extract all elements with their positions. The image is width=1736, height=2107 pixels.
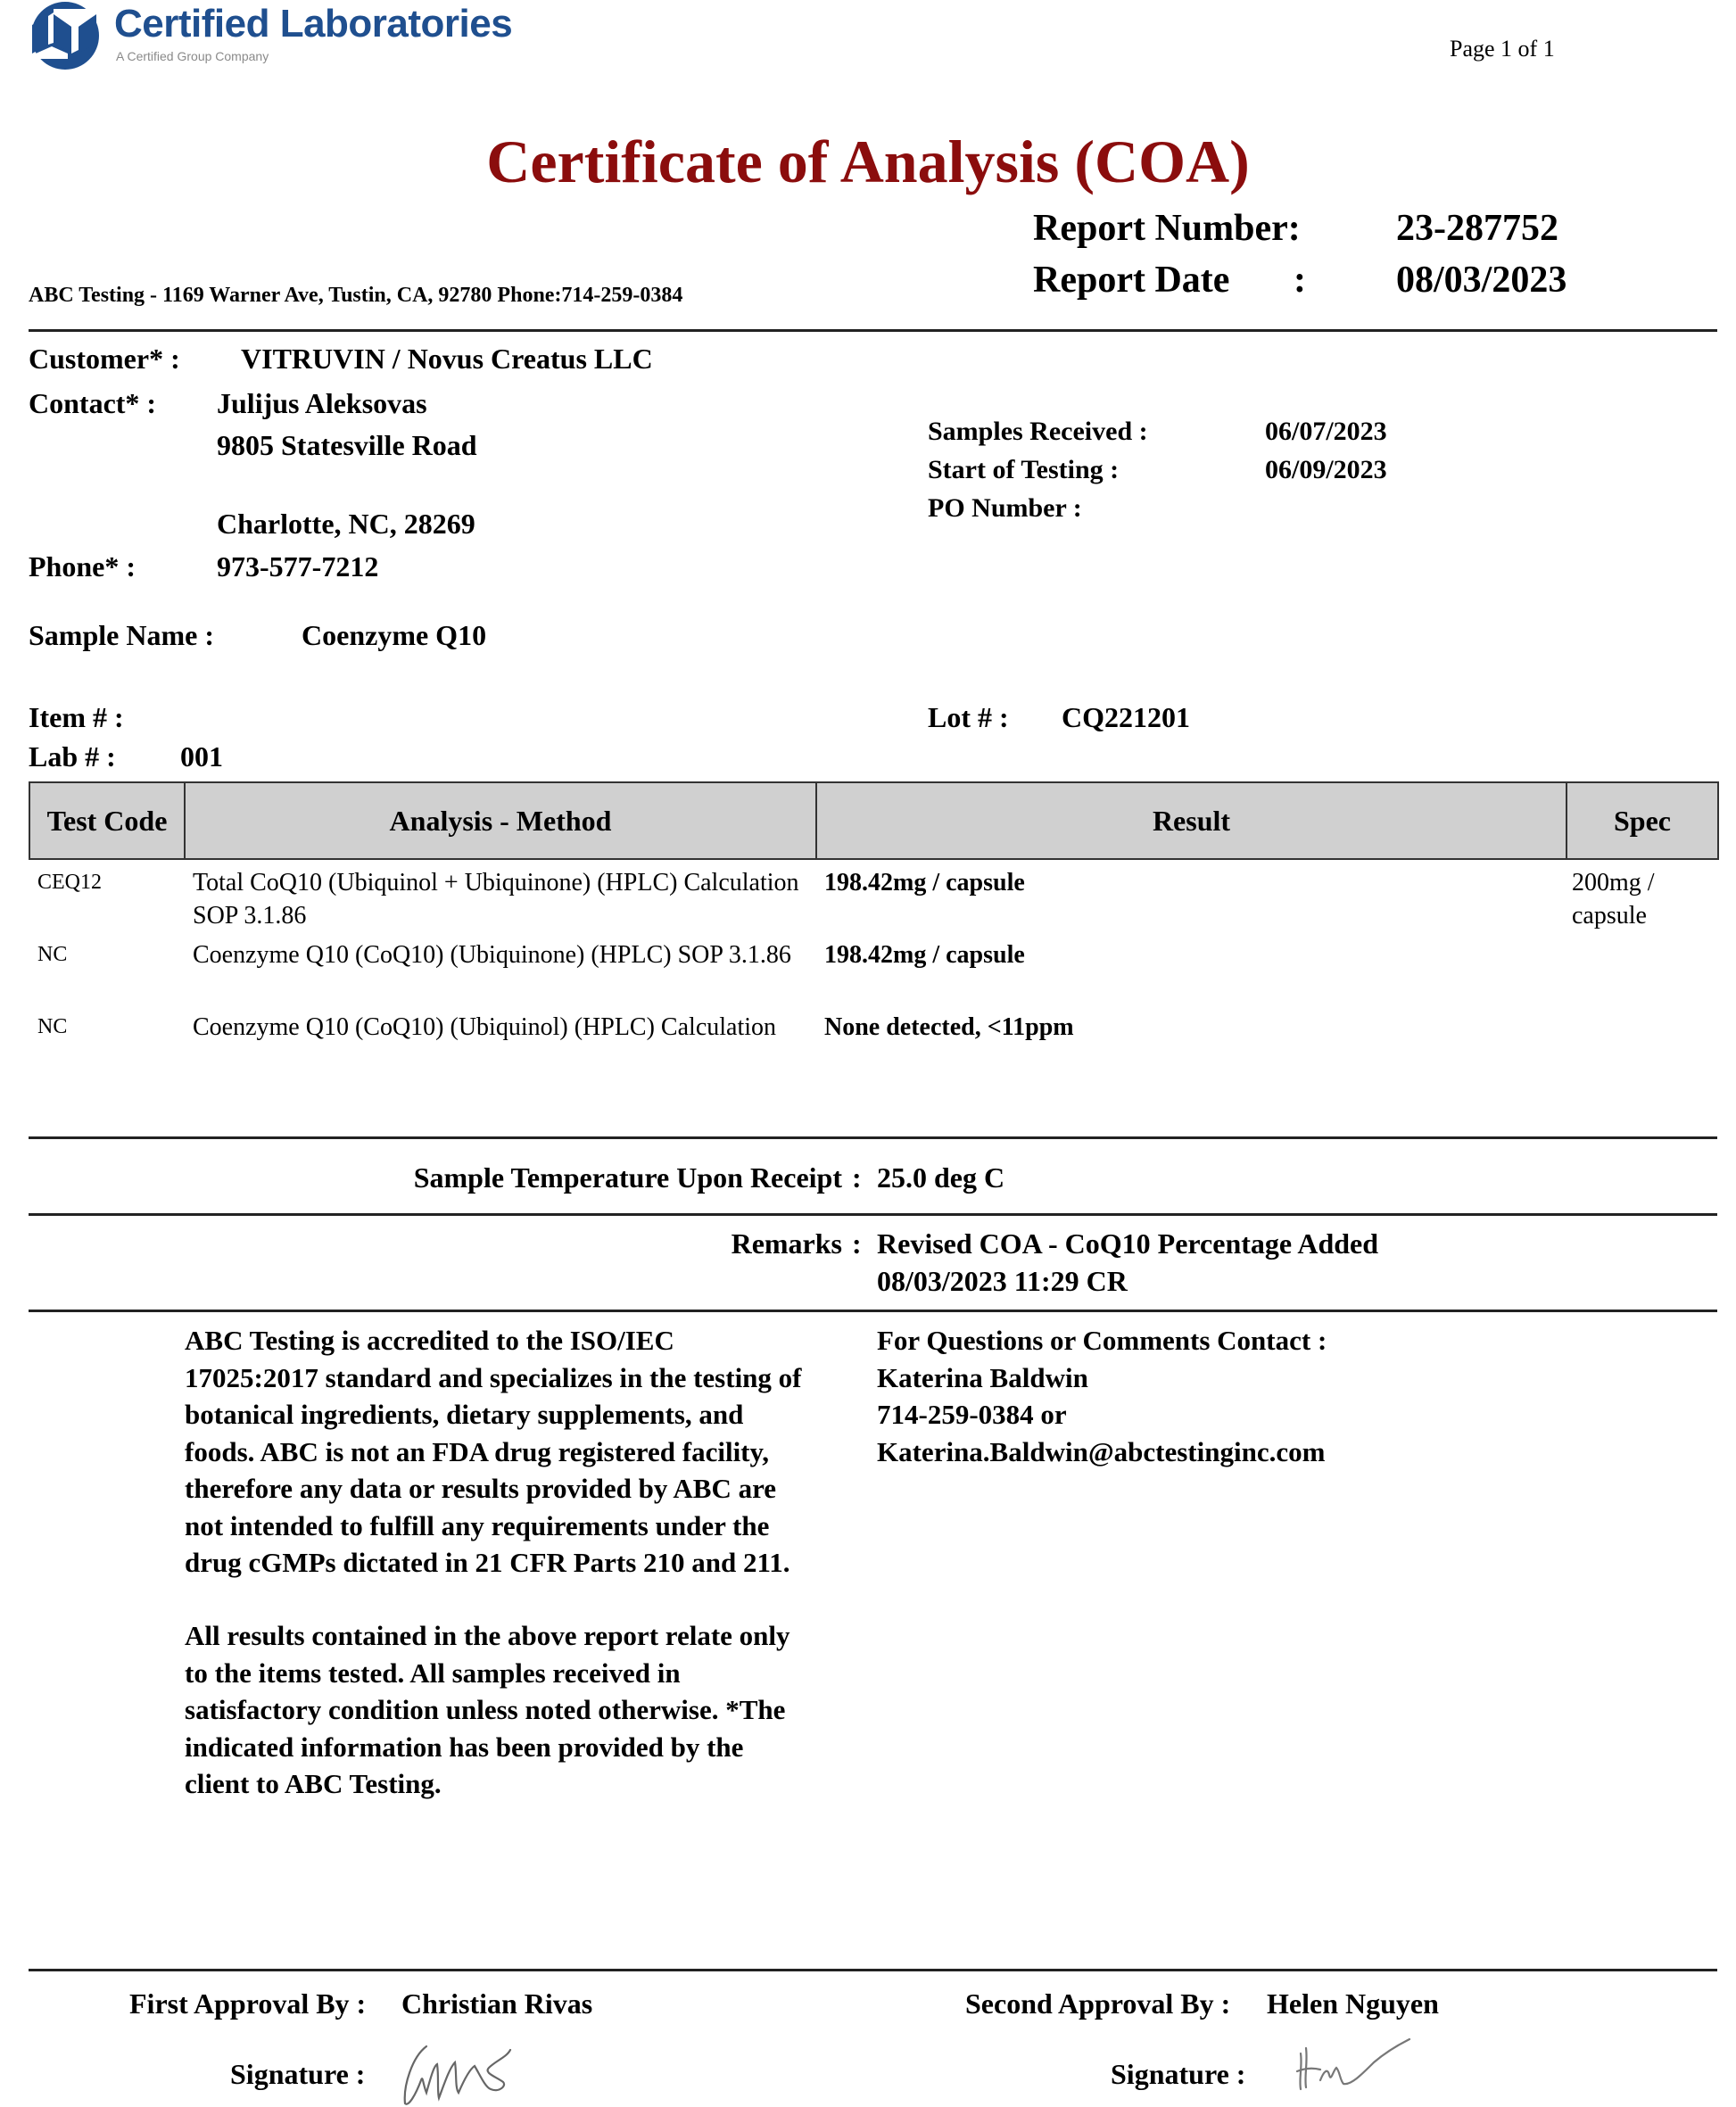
results-statement-line: satisfactory condition unless noted othe…	[185, 1691, 790, 1729]
brand-name: Certified Laboratories	[114, 2, 512, 46]
samples-received-value: 06/07/2023	[1265, 417, 1387, 447]
samples-received-label: Samples Received :	[928, 417, 1148, 447]
contact-email-link[interactable]: Katerina.Baldwin@abctestinginc.com	[877, 1434, 1327, 1471]
accreditation-line: foods. ABC is not an FDA drug registered…	[185, 1434, 802, 1471]
row-2-method: Coenzyme Q10 (CoQ10) (Ubiquinone) (HPLC)…	[193, 938, 817, 971]
contact-info-block: For Questions or Comments Contact : Kate…	[877, 1322, 1327, 1470]
item-number-label: Item # :	[29, 701, 124, 734]
customer-label: Customer* :	[29, 343, 180, 376]
lot-number-label: Lot # :	[928, 701, 1009, 734]
first-approval-label: First Approval By :	[129, 1987, 366, 2020]
results-statement-line: to the items tested. All samples receive…	[185, 1655, 790, 1692]
lab-address: ABC Testing - 1169 Warner Ave, Tustin, C…	[29, 284, 682, 308]
remarks-divider	[29, 1310, 1717, 1312]
row-1-result: 198.42mg / capsule	[824, 866, 1538, 899]
contact-address-line2: Charlotte, NC, 28269	[217, 508, 475, 541]
header-divider	[29, 329, 1717, 332]
column-header-spec: Spec	[1567, 783, 1717, 858]
first-signature-icon	[400, 2041, 560, 2107]
document-title: Certificate of Analysis (COA)	[0, 127, 1736, 197]
remarks-colon: :	[852, 1227, 862, 1260]
accreditation-line: 17025:2017 standard and specializes in t…	[185, 1359, 802, 1397]
lab-number-label: Lab # :	[29, 740, 116, 773]
second-signature-icon	[1294, 2036, 1427, 2098]
accreditation-line: drug cGMPs dictated in 21 CFR Parts 210 …	[185, 1544, 802, 1582]
report-date-colon: :	[1294, 259, 1306, 302]
row-3-result: None detected, <11ppm	[824, 1011, 1538, 1044]
row-3-test-code: NC	[37, 1011, 180, 1044]
contact-address-line1: 9805 Statesville Road	[217, 429, 477, 462]
results-statement-line: indicated information has been provided …	[185, 1729, 790, 1766]
po-number-label: PO Number :	[928, 493, 1082, 524]
second-approval-label: Second Approval By :	[965, 1987, 1230, 2020]
page-indicator: Page 1 of 1	[1450, 36, 1555, 62]
second-approval-name: Helen Nguyen	[1267, 1987, 1439, 2020]
remarks-line1: Revised COA - CoQ10 Percentage Added	[877, 1227, 1378, 1260]
row-1-spec: 200mg / capsule	[1572, 866, 1706, 932]
results-table-header: Test Code Analysis - Method Result Spec	[29, 781, 1719, 860]
certified-laboratories-logo-icon	[27, 0, 103, 71]
table-bottom-divider	[29, 1136, 1717, 1139]
accreditation-statement: ABC Testing is accredited to the ISO/IEC…	[185, 1322, 802, 1582]
accreditation-line: not intended to fulfill any requirements…	[185, 1508, 802, 1545]
report-number-label: Report Number:	[1033, 207, 1301, 250]
contact-heading: For Questions or Comments Contact :	[877, 1322, 1327, 1359]
results-statement: All results contained in the above repor…	[185, 1617, 790, 1803]
remarks-line2: 08/03/2023 11:29 CR	[877, 1265, 1128, 1298]
customer-value: VITRUVIN / Novus Creatus LLC	[241, 343, 653, 376]
column-header-test-code: Test Code	[30, 783, 184, 858]
sample-name-value: Coenzyme Q10	[302, 619, 486, 652]
row-3-method: Coenzyme Q10 (CoQ10) (Ubiquinol) (HPLC) …	[193, 1011, 817, 1044]
temperature-label: Sample Temperature Upon Receipt	[0, 1161, 842, 1194]
contact-phone: 714-259-0384 or	[877, 1396, 1327, 1434]
column-header-result: Result	[817, 783, 1566, 858]
first-signature-label: Signature :	[230, 2058, 365, 2091]
temperature-divider	[29, 1213, 1717, 1216]
report-date-value: 08/03/2023	[1396, 259, 1567, 302]
accreditation-line: ABC Testing is accredited to the ISO/IEC	[185, 1322, 802, 1359]
report-number-value: 23-287752	[1396, 207, 1558, 250]
contact-person: Katerina Baldwin	[877, 1359, 1327, 1397]
lot-number-value: CQ221201	[1062, 701, 1190, 734]
contact-name: Julijus Aleksovas	[217, 387, 427, 420]
start-of-testing-value: 06/09/2023	[1265, 455, 1387, 485]
results-statement-line: client to ABC Testing.	[185, 1765, 790, 1803]
lab-number-value: 001	[180, 740, 223, 773]
row-2-test-code: NC	[37, 938, 180, 971]
row-1-method: Total CoQ10 (Ubiquinol + Ubiquinone) (HP…	[193, 866, 817, 932]
contact-label: Contact* :	[29, 387, 156, 420]
results-statement-line: All results contained in the above repor…	[185, 1617, 790, 1655]
row-2-result: 198.42mg / capsule	[824, 938, 1538, 971]
sample-name-label: Sample Name :	[29, 619, 214, 652]
column-header-analysis-method: Analysis - Method	[186, 783, 815, 858]
first-approval-name: Christian Rivas	[401, 1987, 592, 2020]
start-of-testing-label: Start of Testing :	[928, 455, 1119, 485]
phone-label: Phone* :	[29, 550, 136, 583]
approvals-divider	[29, 1969, 1717, 1971]
accreditation-line: therefore any data or results provided b…	[185, 1470, 802, 1508]
phone-value: 973-577-7212	[217, 550, 378, 583]
brand-tagline: A Certified Group Company	[116, 49, 269, 63]
row-1-test-code: CEQ12	[37, 866, 180, 899]
accreditation-line: botanical ingredients, dietary supplemen…	[185, 1396, 802, 1434]
temperature-value: 25.0 deg C	[877, 1161, 1004, 1194]
remarks-label: Remarks	[0, 1227, 842, 1260]
second-signature-label: Signature :	[1111, 2058, 1245, 2091]
report-date-label: Report Date	[1033, 259, 1229, 302]
temperature-colon: :	[852, 1161, 862, 1194]
